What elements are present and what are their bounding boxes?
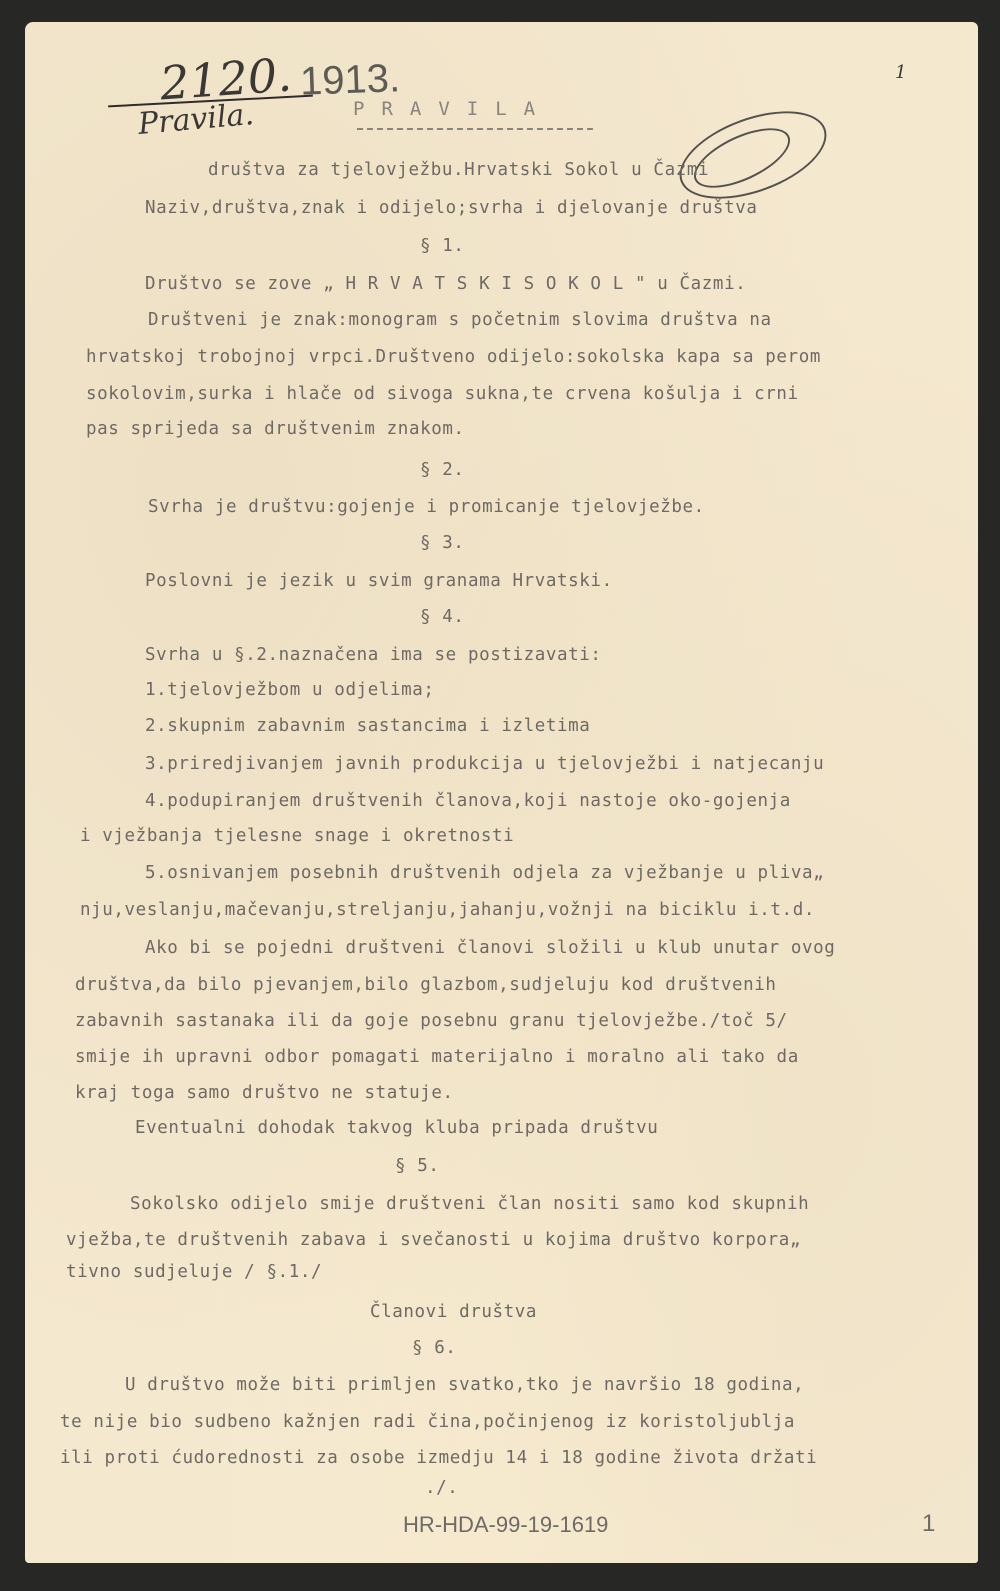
text-line: nju,veslanju,mačevanju,streljanju,jahanj… xyxy=(80,900,815,920)
page-mark-bottom: 1 xyxy=(922,1510,935,1538)
list-item: 2.skupnim zabavnim sastancima i izletima xyxy=(145,716,590,736)
text-line: Poslovni je jezik u svim granama Hrvatsk… xyxy=(145,571,613,591)
text-line: smije ih upravni odbor pomagati materija… xyxy=(75,1047,799,1067)
section-mark-2: § 2. xyxy=(420,460,465,480)
text-line: hrvatskoj trobojnoj vrpci.Društveno odij… xyxy=(86,347,821,367)
subtitle: društva za tjelovježbu.Hrvatski Sokol u … xyxy=(208,160,709,180)
text-line: vježba,te društvenih zabava i svečanosti… xyxy=(66,1230,801,1250)
text-line: ili proti ćudorednosti za osobe izmedju … xyxy=(60,1448,817,1468)
archive-signature: HR-HDA-99-19-1619 xyxy=(403,1512,608,1538)
text-line: te nije bio sudbeno kažnjen radi čina,po… xyxy=(60,1412,795,1432)
section-mark-5: § 5. xyxy=(395,1156,440,1176)
title-underline xyxy=(357,128,593,130)
chapter-heading: Članovi društva xyxy=(370,1302,537,1322)
text-line: Ako bi se pojedni društveni članovi slož… xyxy=(145,938,835,958)
text-line: i vježbanja tjelesne snage i okretnosti xyxy=(80,826,514,846)
section-mark-3: § 3. xyxy=(420,533,465,553)
text-line: zabavnih sastanaka ili da goje posebnu g… xyxy=(75,1011,788,1031)
text-line: Eventualni dohodak takvog kluba pripada … xyxy=(135,1118,658,1138)
text-line: sokolovim,surka i hlače od sivoga sukna,… xyxy=(86,384,799,404)
list-item: 1.tjelovježbom u odjelima; xyxy=(145,680,435,700)
text-line: pas sprijeda sa društvenim znakom. xyxy=(86,419,465,439)
text-line: kraj toga samo društvo ne statuje. xyxy=(75,1083,454,1103)
text-line: Svrha u §.2.naznačena ima se postizavati… xyxy=(145,645,602,665)
list-item: 3.priredjivanjem javnih produkcija u tje… xyxy=(145,754,824,774)
continuation-mark: ./. xyxy=(425,1478,458,1498)
section-mark-4: § 4. xyxy=(420,607,465,627)
text-line: društva,da bilo pjevanjem,bilo glazbom,s… xyxy=(75,975,777,995)
section-mark-1: § 1. xyxy=(420,236,465,256)
text-line: Društveni je znak:monogram s početnim sl… xyxy=(148,310,772,330)
page-mark-top: 1 xyxy=(895,62,906,83)
list-item: 5.osnivanjem posebnih društvenih odjela … xyxy=(145,863,824,883)
text-line: U društvo može biti primljen svatko,tko … xyxy=(125,1375,804,1395)
text-line: Svrha je društvu:gojenje i promicanje tj… xyxy=(148,497,705,517)
section-mark-6: § 6. xyxy=(412,1338,457,1358)
document-title: PRAVILA xyxy=(353,98,552,120)
text-line: Društvo se zove „ H R V A T S K I S O K … xyxy=(145,274,746,294)
text-line: Sokolsko odijelo smije društveni član no… xyxy=(130,1194,809,1214)
text-line: tivno sudjeluje / §.1./ xyxy=(66,1262,322,1282)
section-heading: Naziv,društva,znak i odijelo;svrha i dje… xyxy=(145,198,757,218)
list-item: 4.podupiranjem društvenih članova,koji n… xyxy=(145,791,791,811)
